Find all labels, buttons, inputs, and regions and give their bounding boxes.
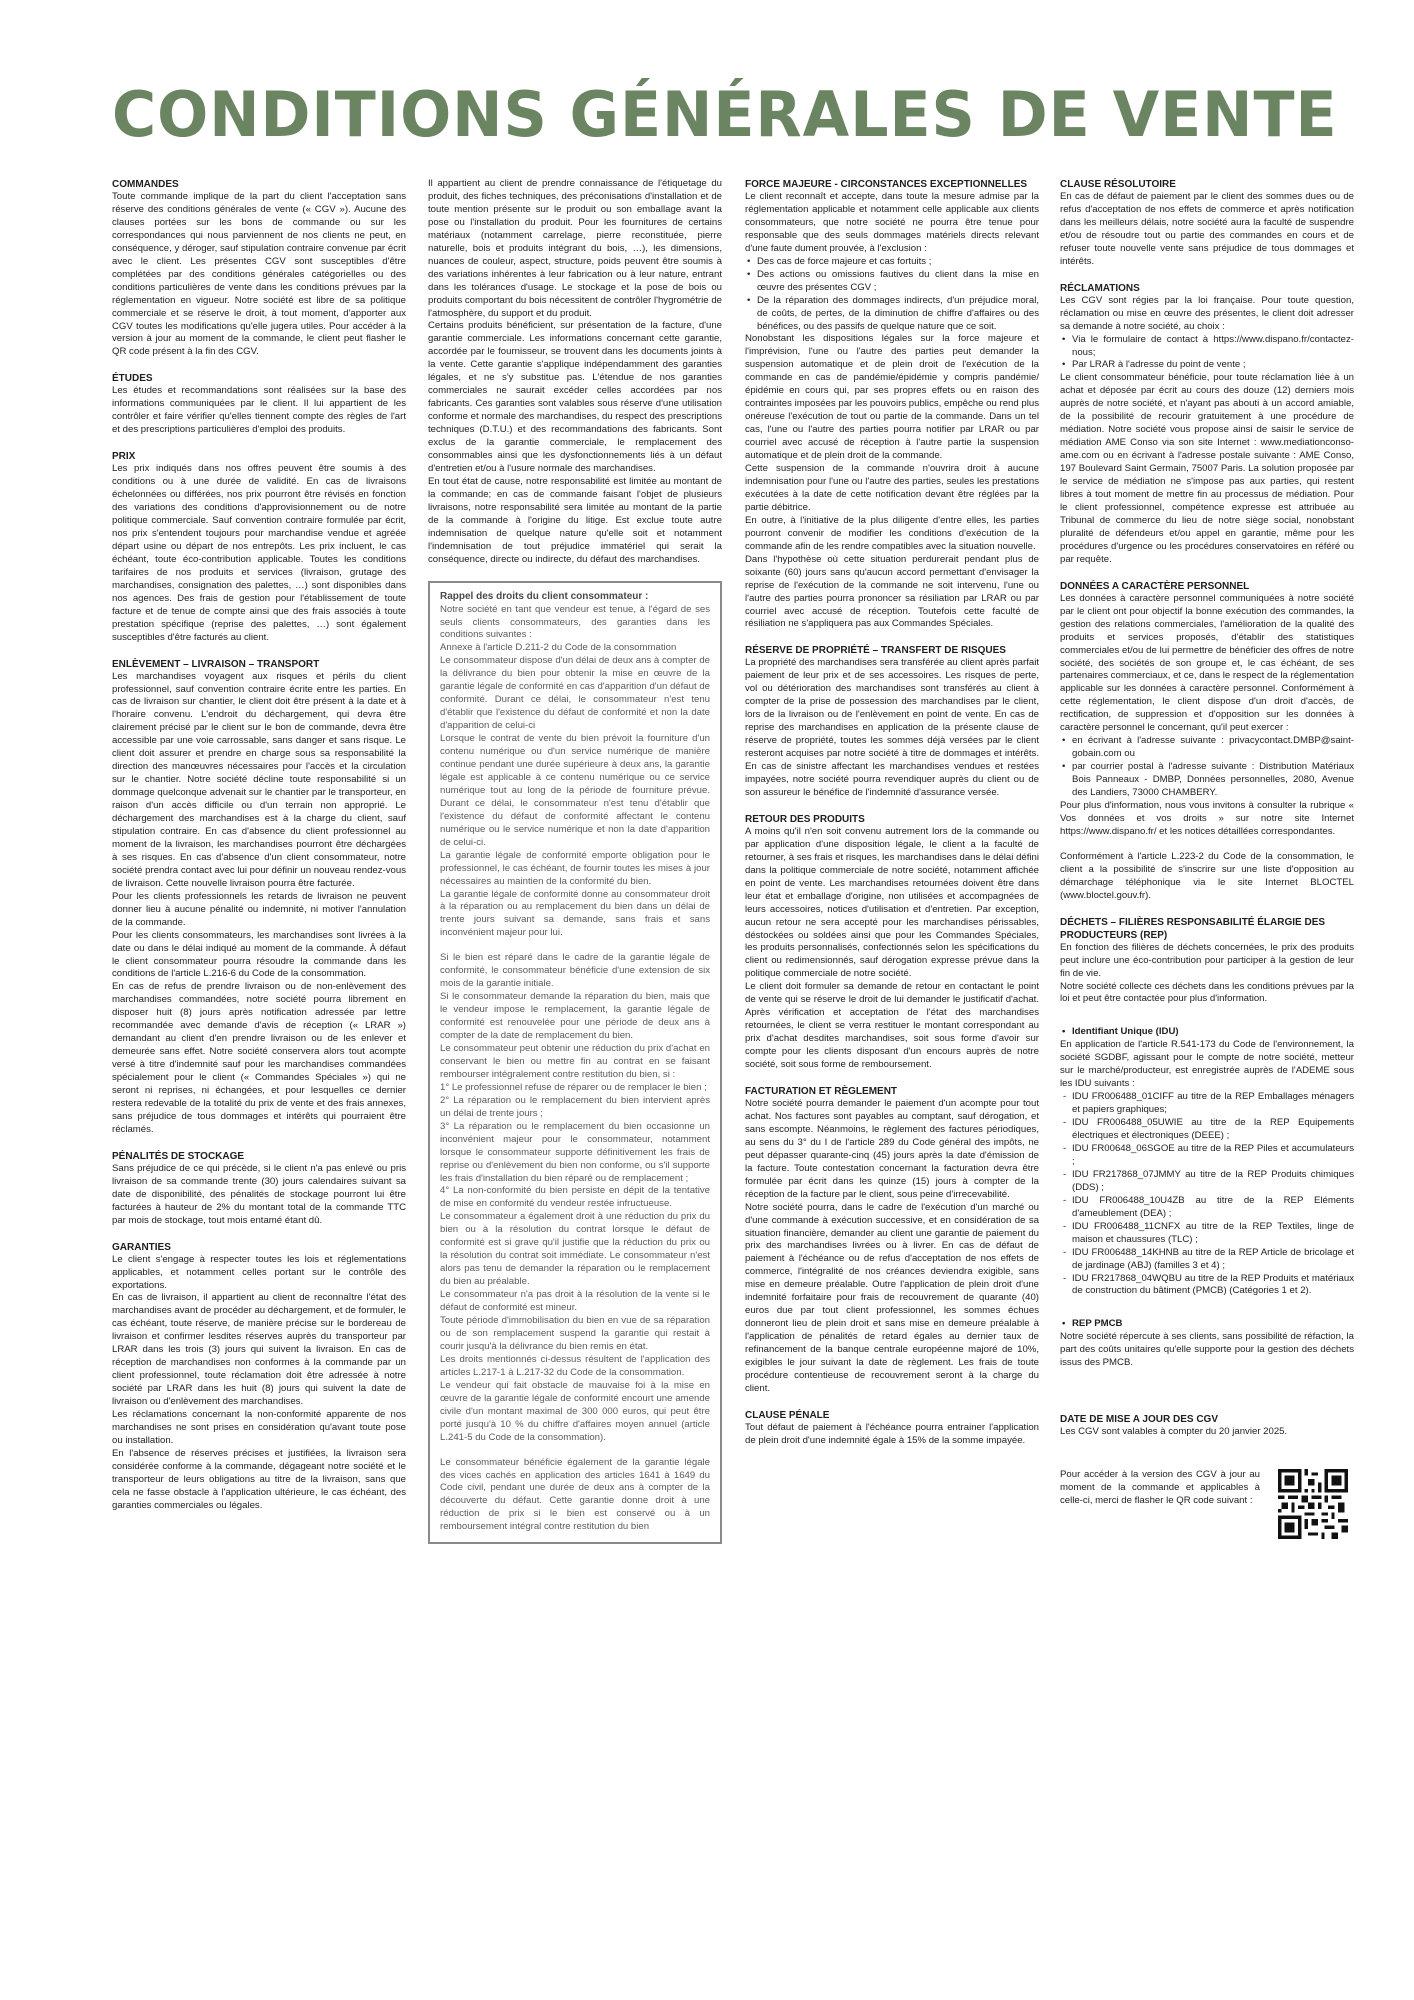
idu-list: IDU FR006488_01CIFF au titre de la REP E… xyxy=(1060,1091,1354,1298)
section-text: Notre société pourra, dans le cadre de l… xyxy=(745,1202,1039,1396)
section-text: Il appartient au client de prendre conna… xyxy=(428,178,722,320)
section-heading: GARANTIES xyxy=(112,1241,406,1254)
page-title: CONDITIONS GÉNÉRALES DE VENTE xyxy=(112,78,1276,151)
section-heading: FORCE MAJEURE - CIRCONSTANCES EXCEPTIONN… xyxy=(745,178,1039,191)
list-item: IDU FR217868_04WQBU au titre de la REP P… xyxy=(1072,1273,1354,1299)
box-text: Les droits mentionnés ci-dessus résulten… xyxy=(440,1354,710,1380)
section-heading: RÉSERVE DE PROPRIÉTÉ – TRANSFERT DE RISQ… xyxy=(745,644,1039,657)
section-heading: PRIX xyxy=(112,450,406,463)
section-text: Le client reconnaît et accepte, dans tou… xyxy=(745,191,1039,256)
bullet-list: en écrivant à l'adresse suivante : priva… xyxy=(1060,735,1354,800)
box-text: Le consommateur a également droit à une … xyxy=(440,1211,710,1289)
box-text: 2° La réparation ou le remplacement du b… xyxy=(440,1095,710,1121)
list-item: Des cas de force majeure et cas fortuits… xyxy=(757,256,1039,269)
section-text: Le client doit formuler sa demande de re… xyxy=(745,981,1039,1072)
section-facturation: FACTURATION ET RÈGLEMENT Notre société p… xyxy=(745,1085,1039,1396)
section-enlevement: ENLÈVEMENT – LIVRAISON – TRANSPORT Les m… xyxy=(112,658,406,1137)
section-text: Tout défaut de paiement à l'échéance pou… xyxy=(745,1422,1039,1448)
section-text: En tout état de cause, notre responsabil… xyxy=(428,476,722,567)
box-text: 3° La réparation ou le remplacement du b… xyxy=(440,1121,710,1186)
section-text: Toute commande implique de la part du cl… xyxy=(112,191,406,359)
column-4: CLAUSE RÉSOLUTOIRE En cas de défaut de p… xyxy=(1060,178,1354,1539)
list-item: par courrier postal à l'adresse suivante… xyxy=(1072,761,1354,800)
section-heading: DONNÉES A CARACTÈRE PERSONNEL xyxy=(1060,580,1354,593)
section-text: Cette suspension de la commande n'ouvrir… xyxy=(745,463,1039,515)
section-text: En cas de livraison, il appartient au cl… xyxy=(112,1292,406,1409)
box-text: Le consommateur n'a pas droit à la résol… xyxy=(440,1289,710,1315)
idu-subheading: Identifiant Unique (IDU) xyxy=(1072,1026,1354,1039)
section-garanties: GARANTIES Le client s'engage à respecter… xyxy=(112,1241,406,1513)
section-prix: PRIX Les prix indiqués dans nos offres p… xyxy=(112,450,406,644)
box-text: 1° Le professionnel refuse de réparer ou… xyxy=(440,1082,710,1095)
section-text: A moins qu'il n'en soit convenu autremen… xyxy=(745,826,1039,981)
section-reserve-propriete: RÉSERVE DE PROPRIÉTÉ – TRANSFERT DE RISQ… xyxy=(745,644,1039,799)
section-heading: COMMANDES xyxy=(112,178,406,191)
privacy-email-link[interactable]: en écrivant à l'adresse suivante : priva… xyxy=(1072,735,1354,761)
section-heading: DATE DE MISE A JOUR DES CGV xyxy=(1060,1413,1354,1426)
section-text: Les CGV sont valables à compter du 20 ja… xyxy=(1060,1426,1354,1439)
consumer-rights-box: Rappel des droits du client consommateur… xyxy=(428,581,722,1545)
section-text: En cas de refus de prendre livraison ou … xyxy=(112,981,406,1136)
section-donnees: DONNÉES A CARACTÈRE PERSONNEL Les donnée… xyxy=(1060,580,1354,903)
section-text: Les CGV sont régies par la loi française… xyxy=(1060,295,1354,334)
section-heading: FACTURATION ET RÈGLEMENT xyxy=(745,1085,1039,1098)
box-text: 4° La non-conformité du bien persiste en… xyxy=(440,1185,710,1211)
section-commandes: COMMANDES Toute commande implique de la … xyxy=(112,178,406,359)
section-text: Pour les clients professionnels les reta… xyxy=(112,891,406,930)
section-text: La propriété des marchandises sera trans… xyxy=(745,657,1039,799)
bullet-list: Des cas de force majeure et cas fortuits… xyxy=(745,256,1039,334)
section-reclamations: RÉCLAMATIONS Les CGV sont régies par la … xyxy=(1060,282,1354,567)
section-text: Dans l'hypothèse où cette situation perd… xyxy=(745,554,1039,632)
box-text: La garantie légale de conformité donne a… xyxy=(440,889,710,941)
section-heading: RETOUR DES PRODUITS xyxy=(745,813,1039,826)
section-retour: RETOUR DES PRODUITS A moins qu'il n'en s… xyxy=(745,813,1039,1072)
section-text: En cas de défaut de paiement par le clie… xyxy=(1060,191,1354,269)
section-clause-penale: CLAUSE PÉNALE Tout défaut de paiement à … xyxy=(745,1409,1039,1448)
contact-form-link[interactable]: Via le formulaire de contact à https://w… xyxy=(1072,334,1354,360)
section-heading: RÉCLAMATIONS xyxy=(1060,282,1354,295)
column-3: FORCE MAJEURE - CIRCONSTANCES EXCEPTIONN… xyxy=(745,178,1039,1461)
list-item: IDU FR006488_14KHNB au titre de la REP A… xyxy=(1072,1247,1354,1273)
section-heading: ENLÈVEMENT – LIVRAISON – TRANSPORT xyxy=(112,658,406,671)
section-text: Certains produits bénéficient, sur prése… xyxy=(428,320,722,475)
section-text: Les données à caractère personnel commun… xyxy=(1060,593,1354,735)
qr-section: Pour accéder à la version des CGV à jour… xyxy=(1060,1469,1354,1539)
section-dechets: DÉCHETS – FILIÈRES RESPONSABILITÉ ÉLARGI… xyxy=(1060,916,1354,1371)
box-text: Annexe à l'article D.211-2 du Code de la… xyxy=(440,642,710,655)
qr-code-icon[interactable] xyxy=(1278,1469,1348,1539)
column-2: Il appartient au client de prendre conna… xyxy=(428,178,722,1544)
section-text: Les marchandises voyagent aux risques et… xyxy=(112,671,406,891)
box-text: Si le bien est réparé dans le cadre de l… xyxy=(440,952,710,991)
list-item: IDU FR217868_07JMMY au titre de la REP P… xyxy=(1072,1169,1354,1195)
section-text: En l'absence de réserves précises et jus… xyxy=(112,1448,406,1513)
section-text: Notre société répercute à ses clients, s… xyxy=(1060,1331,1354,1370)
section-date: DATE DE MISE A JOUR DES CGV Les CGV sont… xyxy=(1060,1413,1354,1439)
column-1: COMMANDES Toute commande implique de la … xyxy=(112,178,406,1526)
bullet-list: Via le formulaire de contact à https://w… xyxy=(1060,334,1354,373)
section-text: Les prix indiqués dans nos offres peuven… xyxy=(112,463,406,644)
section-etudes: ÉTUDES Les études et recommandations son… xyxy=(112,372,406,437)
section-text: En application de l'article R.541-173 du… xyxy=(1060,1039,1354,1091)
section-text: Notre société pourra demander le paiemen… xyxy=(745,1098,1039,1202)
box-text: Notre société en tant que vendeur est te… xyxy=(440,604,710,643)
section-text: Les études et recommandations sont réali… xyxy=(112,385,406,437)
section-text: Les réclamations concernant la non-confo… xyxy=(112,1409,406,1448)
section-force-majeure: FORCE MAJEURE - CIRCONSTANCES EXCEPTIONN… xyxy=(745,178,1039,631)
list-item: IDU FR006488_01CIFF au titre de la REP E… xyxy=(1072,1091,1354,1117)
pmcb-subheading: REP PMCB xyxy=(1072,1318,1354,1331)
qr-text: Pour accéder à la version des CGV à jour… xyxy=(1060,1469,1260,1539)
section-text: En fonction des filières de déchets conc… xyxy=(1060,942,1354,981)
box-text: Le consommateur bénéficie également de l… xyxy=(440,1457,710,1535)
section-text: Sans préjudice de ce qui précède, si le … xyxy=(112,1163,406,1228)
box-text: Le consommateur dispose d'un délai de de… xyxy=(440,655,710,733)
section-heading: PÉNALITÉS DE STOCKAGE xyxy=(112,1150,406,1163)
list-item: IDU FR006488_10U4ZB au titre de la REP E… xyxy=(1072,1195,1354,1221)
section-text: Pour plus d'information, nous vous invit… xyxy=(1060,800,1354,839)
section-resolutoire: CLAUSE RÉSOLUTOIRE En cas de défaut de p… xyxy=(1060,178,1354,269)
section-heading: CLAUSE RÉSOLUTOIRE xyxy=(1060,178,1354,191)
section-text: En outre, à l'initiative de la plus dili… xyxy=(745,515,1039,554)
section-heading: DÉCHETS – FILIÈRES RESPONSABILITÉ ÉLARGI… xyxy=(1060,916,1354,942)
section-text: Le client consommateur bénéficie, pour t… xyxy=(1060,372,1354,566)
box-heading: Rappel des droits du client consommateur… xyxy=(440,591,710,604)
box-text: Le vendeur qui fait obstacle de mauvaise… xyxy=(440,1380,710,1445)
list-item: Des actions ou omissions fautives du cli… xyxy=(757,269,1039,295)
list-item: De la réparation des dommages indirects,… xyxy=(757,295,1039,334)
bullet-list: Identifiant Unique (IDU) xyxy=(1060,1026,1354,1039)
list-item: IDU FR00648_06SGOE au titre de la REP Pi… xyxy=(1072,1143,1354,1169)
section-text: Le client s'engage à respecter toutes le… xyxy=(112,1254,406,1293)
box-text: La garantie légale de conformité emporte… xyxy=(440,850,710,889)
section-heading: ÉTUDES xyxy=(112,372,406,385)
section-text: Nonobstant les dispositions légales sur … xyxy=(745,333,1039,463)
section-text: Conformément à l'article L.223-2 du Code… xyxy=(1060,851,1354,903)
box-text: Si le consommateur demande la réparation… xyxy=(440,991,710,1043)
section-text: Pour les clients consommateurs, les marc… xyxy=(112,930,406,982)
list-item: IDU FR006488_05UWIE au titre de la REP E… xyxy=(1072,1117,1354,1143)
list-item: Par LRAR à l'adresse du point de vente ; xyxy=(1072,359,1354,372)
box-text: Lorsque le contrat de vente du bien prév… xyxy=(440,733,710,850)
box-text: Toute période d'immobilisation du bien e… xyxy=(440,1315,710,1354)
list-item: IDU FR006488_11CNFX au titre de la REP T… xyxy=(1072,1221,1354,1247)
bullet-list: REP PMCB xyxy=(1060,1318,1354,1331)
box-text: Le consommateur peut obtenir une réducti… xyxy=(440,1043,710,1082)
section-stockage: PÉNALITÉS DE STOCKAGE Sans préjudice de … xyxy=(112,1150,406,1228)
section-heading: CLAUSE PÉNALE xyxy=(745,1409,1039,1422)
section-text: Notre société collecte ces déchets dans … xyxy=(1060,981,1354,1007)
